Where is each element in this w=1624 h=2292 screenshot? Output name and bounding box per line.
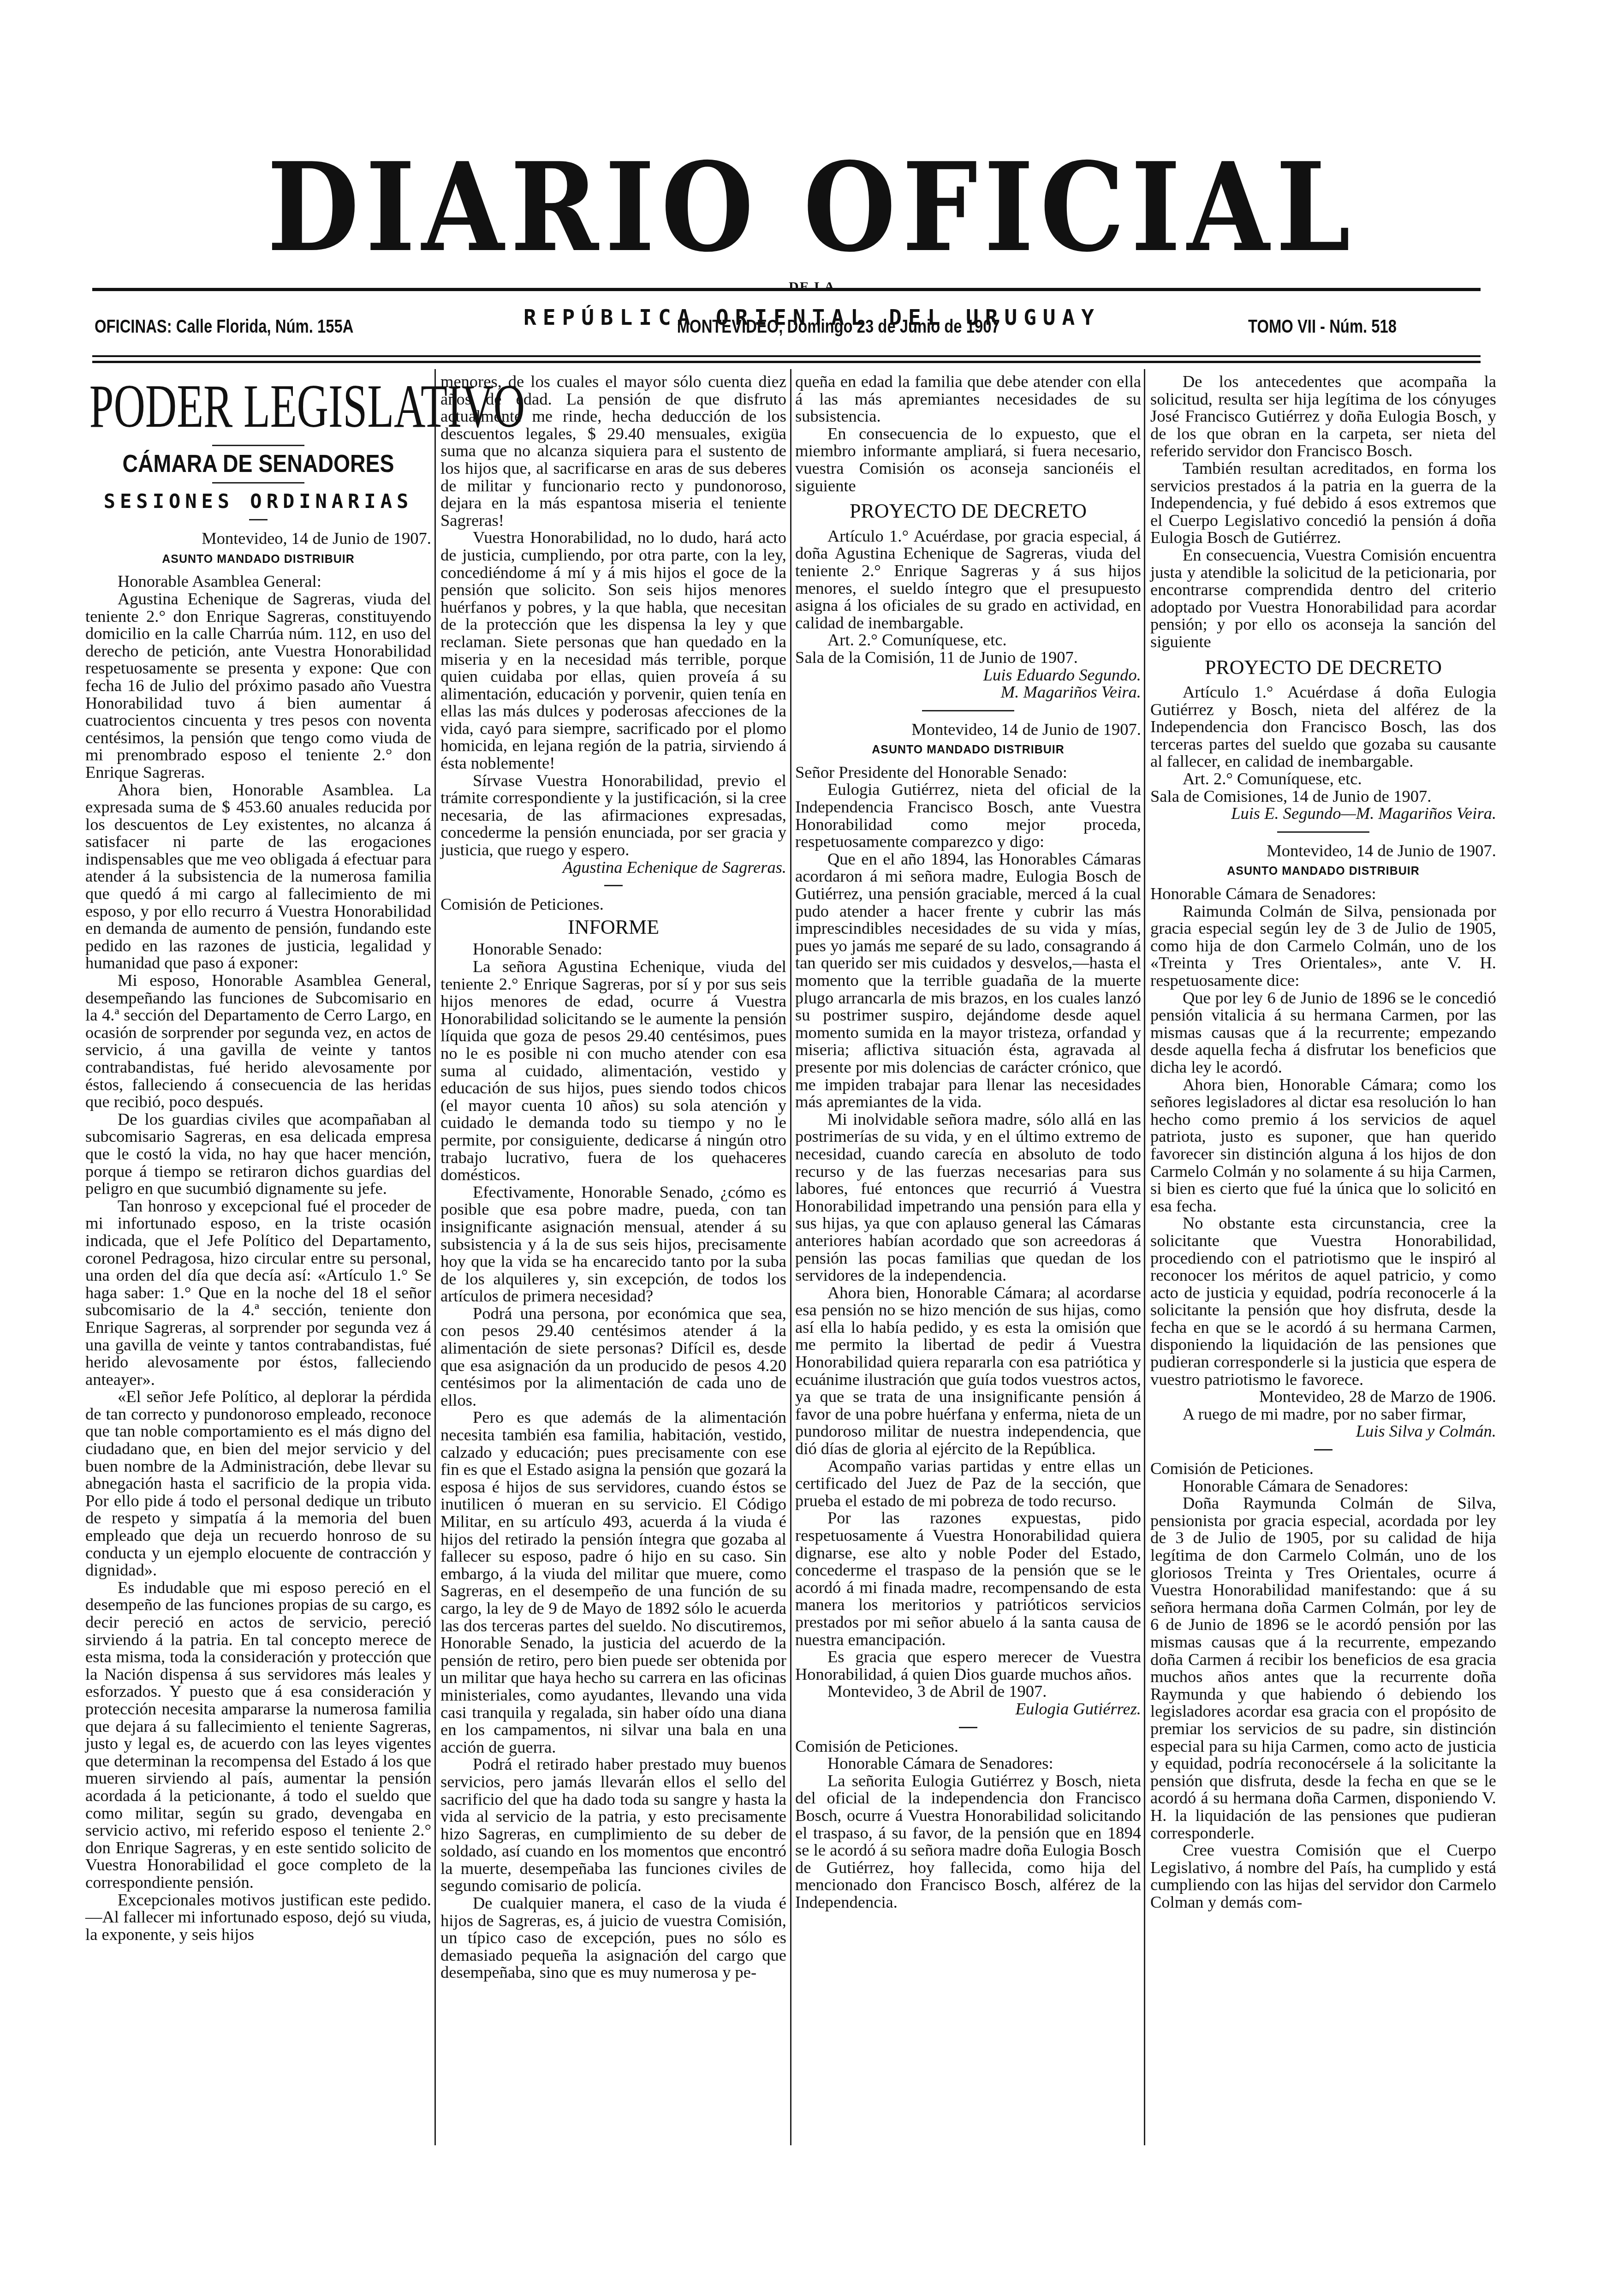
paragraph: Sala de la Comisión, 11 de Junio de 1907… (795, 649, 1141, 666)
paragraph: Señor Presidente del Honorable Senado: (795, 764, 1141, 781)
paragraph: Por las razones expuestas, pido respetuo… (795, 1509, 1141, 1648)
paragraph: Sala de Comisiones, 14 de Junio de 1907. (1150, 788, 1496, 805)
volume-number: TOMO VII - Núm. 518 (1248, 316, 1397, 337)
paragraph: Doña Raymunda Colmán de Silva, pensionis… (1150, 1494, 1496, 1841)
separator-rule (1314, 1449, 1333, 1450)
paragraph: Cree vuestra Comisión que el Cuerpo Legi… (1150, 1841, 1496, 1910)
separator-rule (249, 519, 268, 520)
infobar-rule-1 (92, 355, 1481, 357)
dateline: Montevideo, 14 de Junio de 1907. (85, 530, 431, 547)
paragraph: Mi inolvidable señora madre, sólo allá e… (795, 1110, 1141, 1284)
dateline: Montevideo, 14 de Junio de 1907. (795, 721, 1141, 738)
separator-rule (1277, 831, 1369, 833)
signature: M. Magariños Veira. (795, 683, 1141, 701)
paragraph: Honorable Cámara de Senadores: (1150, 885, 1496, 902)
paragraph: Vuestra Honorabilidad, no lo dudo, hará … (440, 529, 786, 771)
paragraph: Es gracia que espero merecer de Vuestra … (795, 1648, 1141, 1683)
chamber-heading: CÁMARA DE SENADORES (110, 455, 407, 473)
paragraph: De los guardias civiles que acompañaban … (85, 1110, 431, 1197)
paragraph: Acompaño varias partidas y entre ellas u… (795, 1457, 1141, 1510)
column-divider (1144, 369, 1145, 2145)
separator-rule (212, 482, 304, 483)
paragraph: En consecuencia, Vuestra Comisión encuen… (1150, 546, 1496, 651)
subject-label: ASUNTO MANDADO DISTRIBUIR (85, 551, 431, 568)
paragraph: De los antecedentes que acompaña la soli… (1150, 373, 1496, 460)
paragraph: Que en el año 1894, las Honorables Cámar… (795, 850, 1141, 1110)
info-bar: OFICINAS: Calle Florida, Núm. 155A MONTE… (95, 316, 1475, 340)
session-heading: SESIONES ORDINARIAS (85, 493, 431, 510)
salutation: Honorable Senado: (440, 940, 786, 958)
paragraph: La señorita Eulogia Gutiérrez y Bosch, n… (795, 1772, 1141, 1911)
issue-dateline: MONTEVIDEO, Domingo 23 de Junio de 1907 (677, 316, 1000, 337)
paragraph: Artículo 1.° Acuérdase á doña Eulogia Gu… (1150, 683, 1496, 770)
column-4: De los antecedentes que acompaña la soli… (1150, 373, 1496, 1910)
subject-label: ASUNTO MANDADO DISTRIBUIR (1150, 863, 1496, 880)
section-heading: PODER LEGISLATIVO (89, 375, 428, 437)
decree-heading: PROYECTO DE DECRETO (795, 502, 1141, 520)
dateline: Montevideo, 14 de Junio de 1907. (1150, 842, 1496, 859)
paragraph: Podrá una persona, por económica que sea… (440, 1305, 786, 1409)
column-3: queña en edad la familia que debe atende… (795, 373, 1141, 1910)
paragraph: «El señor Jefe Político, al deplorar la … (85, 1388, 431, 1579)
paragraph: Eulogia Gutiérrez, nieta del oficial de … (795, 781, 1141, 850)
paragraph: No obstante esta circunstancia, cree la … (1150, 1214, 1496, 1388)
paragraph: Montevideo, 3 de Abril de 1907. (795, 1683, 1141, 1700)
column-2: menores, de los cuales el mayor sólo cue… (440, 373, 786, 1981)
paragraph: Art. 2.° Comuníquese, etc. (1150, 770, 1496, 788)
newspaper-title: DIARIO OFICIAL (0, 147, 1624, 269)
column-1: PODER LEGISLATIVOCÁMARA DE SENADORESSESI… (85, 373, 431, 1943)
column-divider (790, 369, 791, 2145)
paragraph: Pero es que además de la alimentación ne… (440, 1409, 786, 1755)
paragraph: Excepcionales motivos justifican este pe… (85, 1891, 431, 1943)
infobar-rule-2 (92, 361, 1481, 363)
paragraph: También resultan acreditados, en forma l… (1150, 460, 1496, 546)
paragraph: La señora Agustina Echenique, viuda del … (440, 958, 786, 1183)
paragraph: Artículo 1.° Acuérdase, por gracia espec… (795, 527, 1141, 632)
offices-address: OFICINAS: Calle Florida, Núm. 155A (95, 316, 353, 337)
paragraph: Efectivamente, Honorable Senado, ¿cómo e… (440, 1183, 786, 1305)
separator-rule (604, 885, 623, 886)
paragraph: En consecuencia de lo expuesto, que el m… (795, 425, 1141, 494)
separator-rule (922, 710, 1014, 711)
paragraph: Tan honroso y excepcional fué el procede… (85, 1197, 431, 1388)
paragraph: queña en edad la familia que debe atende… (795, 373, 1141, 425)
paragraph: Ahora bien, Honorable Cámara; como los s… (1150, 1076, 1496, 1215)
salutation: Honorable Cámara de Senadores: (795, 1755, 1141, 1772)
paragraph: menores, de los cuales el mayor sólo cue… (440, 373, 786, 529)
masthead-de-la: DE LA (0, 279, 1624, 295)
paragraph: A ruego de mi madre, por no saber firmar… (1150, 1405, 1496, 1423)
paragraph: Que por ley 6 de Junio de 1896 se le con… (1150, 989, 1496, 1076)
masthead-rule-top (92, 288, 1481, 291)
paragraph: Podrá el retirado haber prestado muy bue… (440, 1755, 786, 1894)
signature: Luis Eduardo Segundo. (795, 666, 1141, 684)
signature: Luis E. Segundo—M. Magariños Veira. (1150, 805, 1496, 822)
paragraph: Art. 2.° Comuníquese, etc. (795, 631, 1141, 649)
signature: Luis Silva y Colmán. (1150, 1422, 1496, 1440)
salutation: Honorable Cámara de Senadores: (1150, 1477, 1496, 1495)
paragraph: Comisión de Peticiones. (1150, 1460, 1496, 1477)
salutation: Honorable Asamblea General: (85, 573, 431, 590)
signature: Eulogia Gutiérrez. (795, 1700, 1141, 1718)
paragraph: Es indudable que mi esposo pereció en el… (85, 1579, 431, 1891)
paragraph: Raimunda Colmán de Silva, pensionada por… (1150, 902, 1496, 989)
signature: Agustina Echenique de Sagreras. (440, 859, 786, 876)
masthead: DIARIO OFICIAL DE LA REPÚBLICA ORIENTAL … (0, 138, 1624, 330)
column-divider (434, 369, 436, 2145)
separator-rule (959, 1727, 977, 1728)
dateline: Montevideo, 28 de Marzo de 1906. (1150, 1388, 1496, 1405)
paragraph: De cualquier manera, el caso de la viuda… (440, 1894, 786, 1981)
decree-heading: PROYECTO DE DECRETO (1150, 659, 1496, 676)
subject-label: ASUNTO MANDADO DISTRIBUIR (795, 741, 1141, 759)
separator-rule (212, 445, 304, 446)
paragraph: Mi esposo, Honorable Asamblea General, d… (85, 972, 431, 1110)
paragraph: Comisión de Peticiones. (795, 1737, 1141, 1755)
paragraph: Sírvase Vuestra Honorabilidad, previo el… (440, 772, 786, 859)
report-heading: INFORME (440, 919, 786, 936)
paragraph: Agustina Echenique de Sagreras, viuda de… (85, 590, 431, 781)
paragraph: Ahora bien, Honorable Asamblea. La expre… (85, 781, 431, 972)
paragraph: Comisión de Peticiones. (440, 895, 786, 913)
paragraph: Ahora bien, Honorable Cámara; al acordar… (795, 1284, 1141, 1457)
